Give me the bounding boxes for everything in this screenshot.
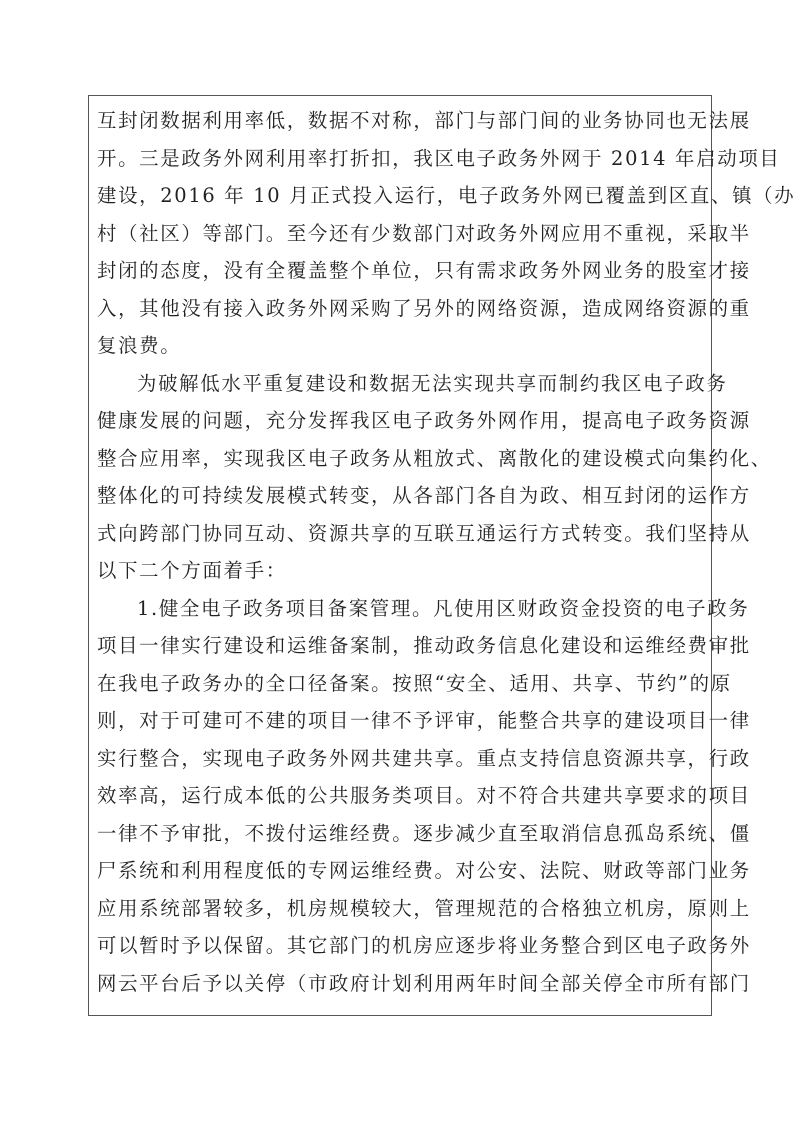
text-line: 一律不予审批，不拨付运维经费。逐步减少直至取消信息孤岛系统、僵 xyxy=(97,815,705,853)
text-line: 整合应用率，实现我区电子政务从粗放式、离散化的建设模式向集约化、 xyxy=(97,440,705,478)
text-line: 项目一律实行建设和运维备案制，推动政务信息化建设和运维经费审批 xyxy=(97,627,705,665)
text-line: 村（社区）等部门。至今还有少数部门对政务外网应用不重视，采取半 xyxy=(97,215,705,253)
text-line: 应用系统部署较多，机房规模较大，管理规范的合格独立机房，原则上 xyxy=(97,890,705,928)
paragraph-2: 为破解低水平重复建设和数据无法实现共享而制约我区电子政务 健康发展的问题，充分发… xyxy=(97,365,705,590)
text-line: 为破解低水平重复建设和数据无法实现共享而制约我区电子政务 xyxy=(97,365,705,403)
text-line: 尸系统和利用程度低的专网运维经费。对公安、法院、财政等部门业务 xyxy=(97,852,705,890)
text-line: 则，对于可建可不建的项目一律不予评审，能整合共享的建设项目一律 xyxy=(97,702,705,740)
text-line: 建设，2016 年 10 月正式投入运行，电子政务外网已覆盖到区直、镇（办）、 xyxy=(97,177,705,215)
paragraph-3: 1.健全电子政务项目备案管理。凡使用区财政资金投资的电子政务 项目一律实行建设和… xyxy=(97,590,705,1003)
text-line: 1.健全电子政务项目备案管理。凡使用区财政资金投资的电子政务 xyxy=(97,590,705,628)
document-body: 互封闭数据利用率低，数据不对称，部门与部门间的业务协同也无法展 开。三是政务外网… xyxy=(97,102,705,1002)
text-line: 封闭的态度，没有全覆盖整个单位，只有需求政务外网业务的股室才接 xyxy=(97,252,705,290)
text-line: 开。三是政务外网利用率打折扣，我区电子政务外网于 2014 年启动项目 xyxy=(97,140,705,178)
text-line: 可以暂时予以保留。其它部门的机房应逐步将业务整合到区电子政务外 xyxy=(97,927,705,965)
text-line: 效率高，运行成本低的公共服务类项目。对不符合共建共享要求的项目 xyxy=(97,777,705,815)
text-line: 整体化的可持续发展模式转变，从各部门各自为政、相互封闭的运作方 xyxy=(97,477,705,515)
paragraph-1: 互封闭数据利用率低，数据不对称，部门与部门间的业务协同也无法展 开。三是政务外网… xyxy=(97,102,705,365)
text-line: 复浪费。 xyxy=(97,327,705,365)
text-line: 互封闭数据利用率低，数据不对称，部门与部门间的业务协同也无法展 xyxy=(97,102,705,140)
text-line: 式向跨部门协同互动、资源共享的互联互通运行方式转变。我们坚持从 xyxy=(97,515,705,553)
text-line: 实行整合，实现电子政务外网共建共享。重点支持信息资源共享，行政 xyxy=(97,740,705,778)
text-line: 健康发展的问题，充分发挥我区电子政务外网作用，提高电子政务资源 xyxy=(97,402,705,440)
text-line: 在我电子政务办的全口径备案。按照“安全、适用、共享、节约”的原 xyxy=(97,665,705,703)
text-line: 以下二个方面着手： xyxy=(97,552,705,590)
text-line: 网云平台后予以关停（市政府计划利用两年时间全部关停全市所有部门 xyxy=(97,965,705,1003)
text-line: 入，其他没有接入政务外网采购了另外的网络资源，造成网络资源的重 xyxy=(97,290,705,328)
